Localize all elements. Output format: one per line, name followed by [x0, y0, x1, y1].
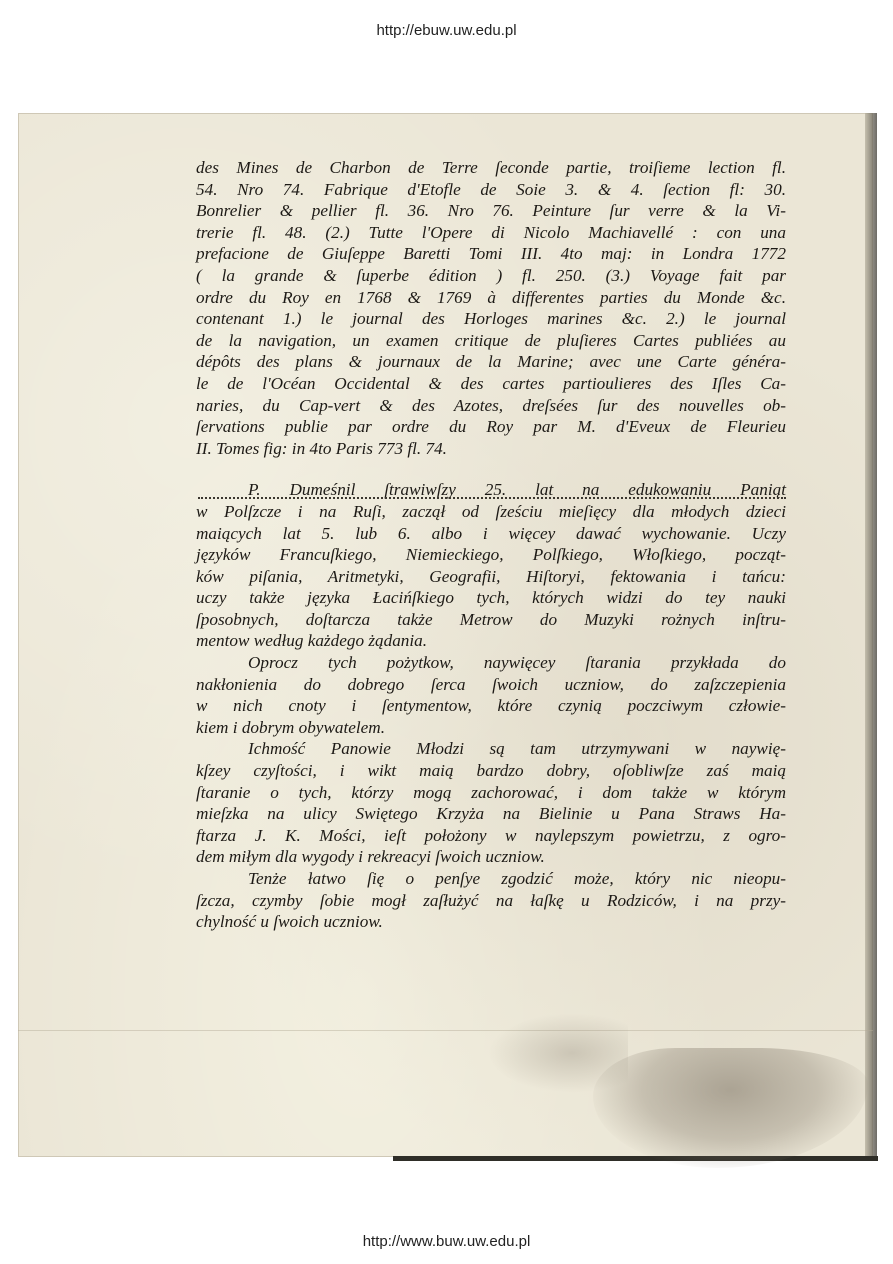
paragraph-character: Oprocz tych pożytkow, naywięcey ſtarania…	[196, 652, 786, 738]
footer-url: http://www.buw.uw.edu.pl	[0, 1233, 893, 1250]
text-line: ſtaranie o tych, którzy mogą zachorować,…	[196, 782, 786, 804]
text-line: kiem i dobrym obywatelem.	[196, 717, 786, 739]
text-line: uczy także języka Łacińſkiego tych, któr…	[196, 587, 786, 609]
text-line: de la navigation, un examen critique de …	[196, 330, 786, 352]
text-line: ſervations publie par ordre du Roy par M…	[196, 416, 786, 438]
water-stain	[593, 1048, 868, 1168]
text-line: kſzey czyſtości, i wikt maią bardzo dobr…	[196, 760, 786, 782]
text-line: 54. Nro 74. Fabrique d'Etofle de Soie 3.…	[196, 179, 786, 201]
text-line: ków piſania, Aritmetyki, Geografii, Hiſt…	[196, 566, 786, 588]
text-line: języków Francuſkiego, Niemieckiego, Polſ…	[196, 544, 786, 566]
text-line: des Mines de Charbon de Terre ſeconde pa…	[196, 157, 786, 179]
text-line: II. Tomes fig: in 4to Paris 773 fl. 74.	[196, 438, 786, 460]
paragraph-fees: Tenże łatwo ſię o penſye zgodzić może, k…	[196, 868, 786, 933]
text-line: Oprocz tych pożytkow, naywięcey ſtarania…	[196, 652, 786, 674]
text-line: prefacione de Giuſeppe Baretti Tomi III.…	[196, 243, 786, 265]
text-line: mieſzka na ulicy Swiętego Krzyża na Biel…	[196, 803, 786, 825]
text-line: ( la grande & ſuperbe édition ) fl. 250.…	[196, 265, 786, 287]
text-line: ftarza J. K. Mości, ieſt położony w nayl…	[196, 825, 786, 847]
text-line: Ichmość Panowie Młodzi są tam utrzymywan…	[196, 738, 786, 760]
text-line: naries, du Cap-vert & des Azotes, dreſsé…	[196, 395, 786, 417]
paragraph-lodging: Ichmość Panowie Młodzi są tam utrzymywan…	[196, 738, 786, 868]
text-line: nakłonienia do dobrego ſerca ſwoich uczn…	[196, 674, 786, 696]
dotted-separator	[198, 497, 786, 499]
text-line: le de l'Océan Occidental & des cartes pa…	[196, 373, 786, 395]
separator-space	[196, 459, 786, 479]
text-line: dem miłym dla wygody i rekreacyi ſwoich …	[196, 846, 786, 868]
fold-line	[18, 1030, 873, 1031]
text-line: contenant 1.) le journal des Horloges ma…	[196, 308, 786, 330]
text-line: ſzcza, czymby ſobie mogł zaſłużyć na łaſ…	[196, 890, 786, 912]
paragraph-dumesnil-intro: P. Dumeśnil ſtrawiwſzy 25. lat na edukow…	[196, 479, 786, 652]
text-line: w nich cnoty i ſentymentow, które czynią…	[196, 695, 786, 717]
text-line: w Polſzcze i na Ruſi, zaczął od ſześciu …	[196, 501, 786, 523]
text-line: maiących lat 5. lub 6. albo i więcey daw…	[196, 523, 786, 545]
text-line: Tenże łatwo ſię o penſye zgodzić może, k…	[196, 868, 786, 890]
text-line: ordre du Roy en 1768 & 1769 à differente…	[196, 287, 786, 309]
page-bottom-edge	[393, 1156, 878, 1161]
text-line: mentow według każdego żądania.	[196, 630, 786, 652]
text-line: dépôts des plans & journaux de la Marine…	[196, 351, 786, 373]
text-line: Bonrelier & pellier fl. 36. Nro 76. Pein…	[196, 200, 786, 222]
section-book-listings: des Mines de Charbon de Terre ſeconde pa…	[196, 157, 786, 459]
document-body: des Mines de Charbon de Terre ſeconde pa…	[196, 157, 786, 933]
text-line: ſposobnych, doſtarcza także Metrow do Mu…	[196, 609, 786, 631]
text-line: chylność u ſwoich uczniow.	[196, 911, 786, 933]
header-url: http://ebuw.uw.edu.pl	[0, 22, 893, 39]
page-edge-shadow	[865, 113, 877, 1157]
text-line: trerie fl. 48. (2.) Tutte l'Opere di Nic…	[196, 222, 786, 244]
